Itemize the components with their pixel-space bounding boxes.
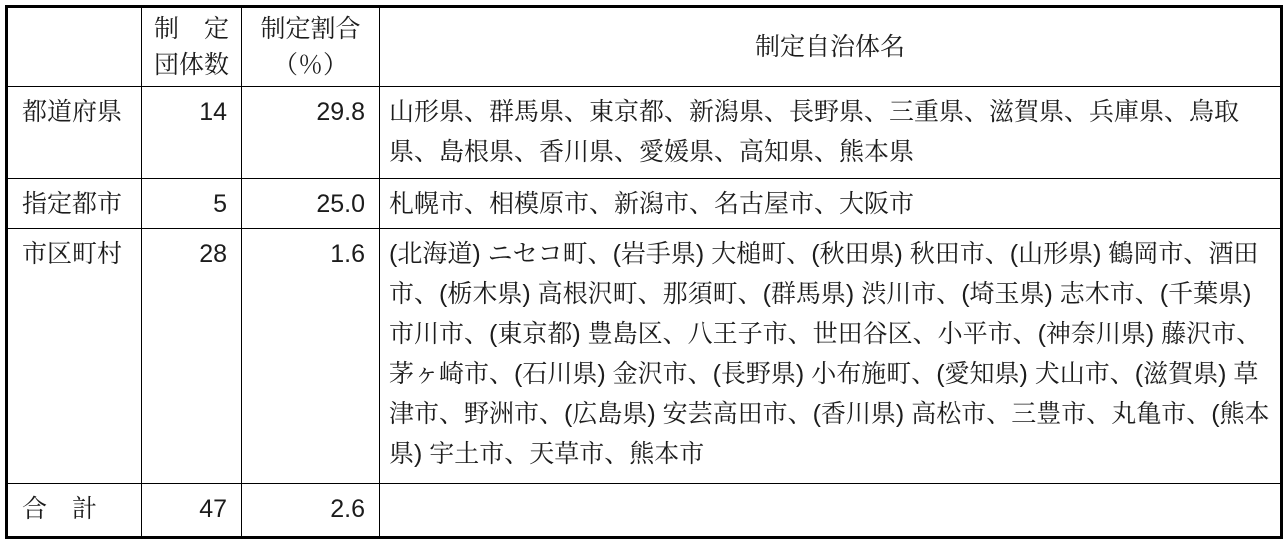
header-enacting-bodies-line2: 団体数: [146, 47, 237, 83]
header-enactment-ratio-line1: 制定割合: [246, 11, 375, 47]
count-value: 5: [142, 179, 242, 229]
ratio-value: 25.0: [242, 179, 380, 229]
count-value: 14: [142, 87, 242, 179]
municipality-list: 山形県、群馬県、東京都、新潟県、長野県、三重県、滋賀県、兵庫県、鳥取県、島根県、…: [380, 87, 1282, 179]
ratio-value: 1.6: [242, 229, 380, 484]
count-value: 47: [142, 484, 242, 538]
table-header-row: 制 定 団体数 制定割合 （％） 制定自治体名: [7, 7, 1282, 87]
category-label: 都道府県: [7, 87, 142, 179]
ratio-value: 2.6: [242, 484, 380, 538]
ratio-value: 29.8: [242, 87, 380, 179]
table-row-prefectures: 都道府県 14 29.8 山形県、群馬県、東京都、新潟県、長野県、三重県、滋賀県…: [7, 87, 1282, 179]
header-enactment-ratio-line2: （％）: [246, 47, 375, 83]
header-enacting-bodies: 制 定 団体数: [142, 7, 242, 87]
municipality-list: (北海道) ニセコ町、(岩手県) 大槌町、(秋田県) 秋田市、(山形県) 鶴岡市…: [380, 229, 1282, 484]
category-label: 指定都市: [7, 179, 142, 229]
municipality-list: 札幌市、相模原市、新潟市、名古屋市、大阪市: [380, 179, 1282, 229]
table-row-designated-cities: 指定都市 5 25.0 札幌市、相模原市、新潟市、名古屋市、大阪市: [7, 179, 1282, 229]
table-row-total: 合 計 47 2.6: [7, 484, 1282, 538]
category-label: 市区町村: [7, 229, 142, 484]
header-category-blank: [7, 7, 142, 87]
count-value: 28: [142, 229, 242, 484]
document-page: 制 定 団体数 制定割合 （％） 制定自治体名 都道府県 14 29.8 山形県…: [0, 0, 1288, 547]
header-enacting-bodies-line1: 制 定: [146, 11, 237, 47]
header-enactment-ratio: 制定割合 （％）: [242, 7, 380, 87]
category-label: 合 計: [7, 484, 142, 538]
header-municipality-names: 制定自治体名: [380, 7, 1282, 87]
municipality-list: [380, 484, 1282, 538]
ordinance-enactment-table: 制 定 団体数 制定割合 （％） 制定自治体名 都道府県 14 29.8 山形県…: [5, 5, 1283, 539]
table-row-municipalities: 市区町村 28 1.6 (北海道) ニセコ町、(岩手県) 大槌町、(秋田県) 秋…: [7, 229, 1282, 484]
